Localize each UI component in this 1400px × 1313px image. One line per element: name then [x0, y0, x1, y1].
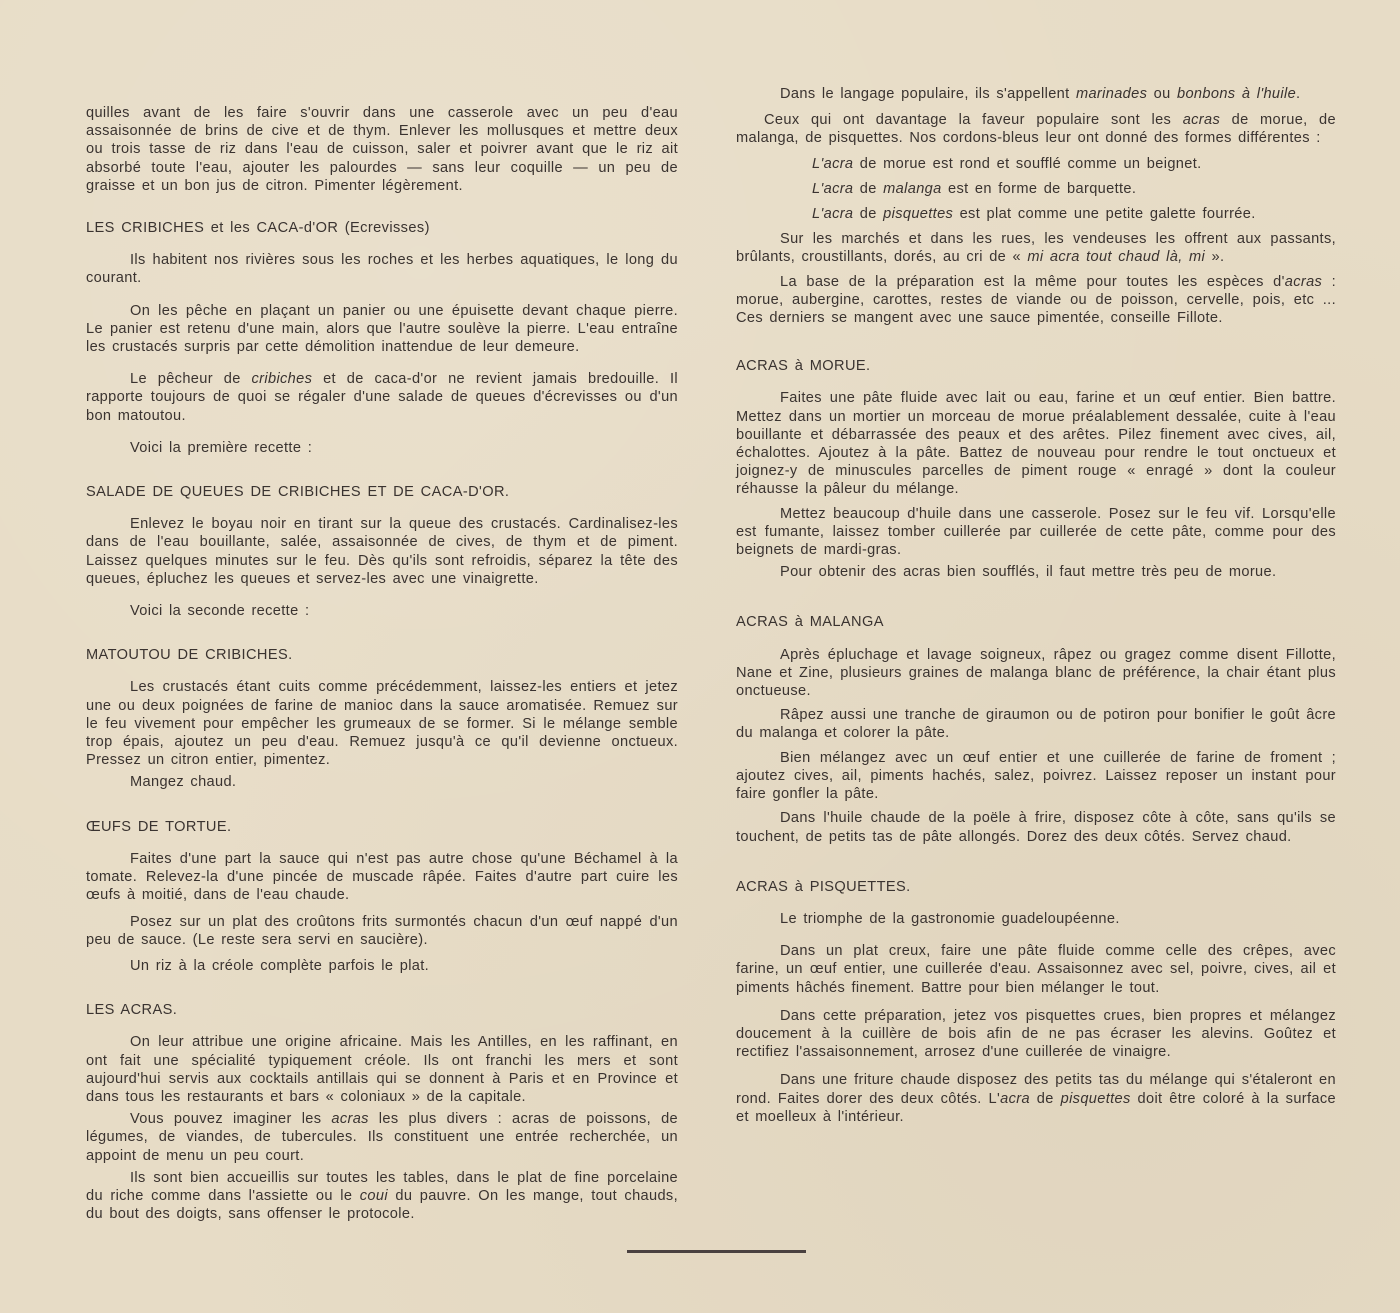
paragraph: La base de la préparation est la même po…: [736, 273, 1336, 328]
acra-form-morue: L'acra de morue est rond et soufflé comm…: [736, 155, 1336, 173]
heading-cribiches: LES CRIBICHES et les CACA-d'OR (Ecreviss…: [86, 219, 678, 237]
paragraph: Dans le langage populaire, ils s'appelle…: [736, 85, 1336, 103]
heading-matoutou: MATOUTOU DE CRIBICHES.: [86, 646, 678, 664]
paragraph: Posez sur un plat des croûtons frits sur…: [86, 913, 678, 949]
paragraph: Enlevez le boyau noir en tirant sur la q…: [86, 515, 678, 588]
heading-acras-malanga: ACRAS à MALANGA: [736, 613, 1336, 631]
paragraph: Ils habitent nos rivières sous les roche…: [86, 251, 678, 287]
acra-form-malanga: L'acra de malanga est en forme de barque…: [736, 180, 1336, 198]
heading-acras-pisquettes: ACRAS à PISQUETTES.: [736, 878, 1336, 896]
paragraph: Dans un plat creux, faire une pâte fluid…: [736, 942, 1336, 997]
paragraph: Voici la première recette :: [86, 439, 678, 457]
end-rule: [627, 1250, 806, 1253]
paragraph: On les pêche en plaçant un panier ou une…: [86, 302, 678, 357]
paragraph: Bien mélangez avec un œuf entier et une …: [736, 749, 1336, 804]
paragraph: Le pêcheur de cribiches et de caca-d'or …: [86, 370, 678, 425]
paragraph: Un riz à la créole complète parfois le p…: [86, 957, 678, 975]
paragraph: Sur les marchés et dans les rues, les ve…: [736, 230, 1336, 266]
paragraph: Dans cette préparation, jetez vos pisque…: [736, 1007, 1336, 1062]
paragraph: Les crustacés étant cuits comme précédem…: [86, 678, 678, 769]
acra-form-pisquettes: L'acra de pisquettes est plat comme une …: [736, 205, 1336, 223]
heading-oeufs: ŒUFS DE TORTUE.: [86, 818, 678, 836]
scanned-page: quilles avant de les faire s'ouvrir dans…: [0, 0, 1400, 1313]
heading-acras: LES ACRAS.: [86, 1001, 678, 1019]
heading-salade: SALADE DE QUEUES DE CRIBICHES ET DE CACA…: [86, 483, 678, 501]
paragraph: Pour obtenir des acras bien soufflés, il…: [736, 563, 1336, 581]
right-column: Dans le langage populaire, ils s'appelle…: [736, 85, 1336, 1130]
paragraph: Voici la seconde recette :: [86, 602, 678, 620]
paragraph: Faites une pâte fluide avec lait ou eau,…: [736, 389, 1336, 498]
paragraph: Ceux qui ont davantage la faveur populai…: [736, 111, 1336, 147]
paragraph: Vous pouvez imaginer les acras les plus …: [86, 1110, 678, 1165]
heading-acras-morue: ACRAS à MORUE.: [736, 357, 1336, 375]
paragraph: Mangez chaud.: [86, 773, 678, 791]
paragraph: Ils sont bien accueillis sur toutes les …: [86, 1169, 678, 1224]
paragraph: Râpez aussi une tranche de giraumon ou d…: [736, 706, 1336, 742]
paragraph: Après épluchage et lavage soigneux, râpe…: [736, 646, 1336, 701]
paragraph: On leur attribue une origine africaine. …: [86, 1033, 678, 1106]
paragraph: Mettez beaucoup d'huile dans une cassero…: [736, 505, 1336, 560]
paragraph: Faites d'une part la sauce qui n'est pas…: [86, 850, 678, 905]
paragraph: Le triomphe de la gastronomie guadeloupé…: [736, 910, 1336, 928]
intro-paragraph: quilles avant de les faire s'ouvrir dans…: [86, 104, 678, 195]
paragraph: Dans l'huile chaude de la poële à frire,…: [736, 809, 1336, 845]
paragraph: Dans une friture chaude disposez des pet…: [736, 1071, 1336, 1126]
left-column: quilles avant de les faire s'ouvrir dans…: [86, 104, 678, 1227]
